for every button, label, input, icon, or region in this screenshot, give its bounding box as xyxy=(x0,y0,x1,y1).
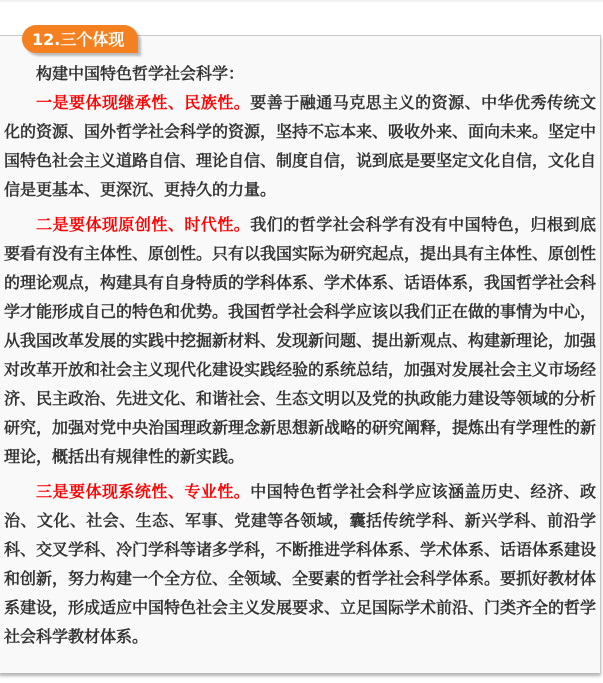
article-body: 构建中国特色哲学社会科学： 一是要体现继承性、民族性。要善于融通马克思主义的资源… xyxy=(4,59,596,657)
point-body-3: 中国特色哲学社会科学应该涵盖历史、经济、政治、文化、社会、生态、军事、党建等各领… xyxy=(4,482,596,646)
point-heading-2: 二是要体现原创性、时代性。 xyxy=(36,215,250,234)
point-heading-3: 三是要体现系统性、专业性。 xyxy=(36,482,250,501)
point-paragraph-2: 二是要体现原创性、时代性。我们的哲学社会科学有没有中国特色，归根到底要看有没有主… xyxy=(4,210,596,471)
top-divider xyxy=(0,0,603,2)
point-heading-1: 一是要体现继承性、民族性。 xyxy=(36,93,250,112)
point-body-2: 我们的哲学社会科学有没有中国特色，归根到底要看有没有主体性、原创性。只有以我国实… xyxy=(4,215,596,466)
point-paragraph-1: 一是要体现继承性、民族性。要善于融通马克思主义的资源、中华优秀传统文化的资源、国… xyxy=(4,88,596,204)
intro-paragraph: 构建中国特色哲学社会科学： xyxy=(4,59,596,88)
point-paragraph-3: 三是要体现系统性、专业性。中国特色哲学社会科学应该涵盖历史、经济、政治、文化、社… xyxy=(4,477,596,651)
section-badge: 12.三个体现 xyxy=(22,25,138,53)
